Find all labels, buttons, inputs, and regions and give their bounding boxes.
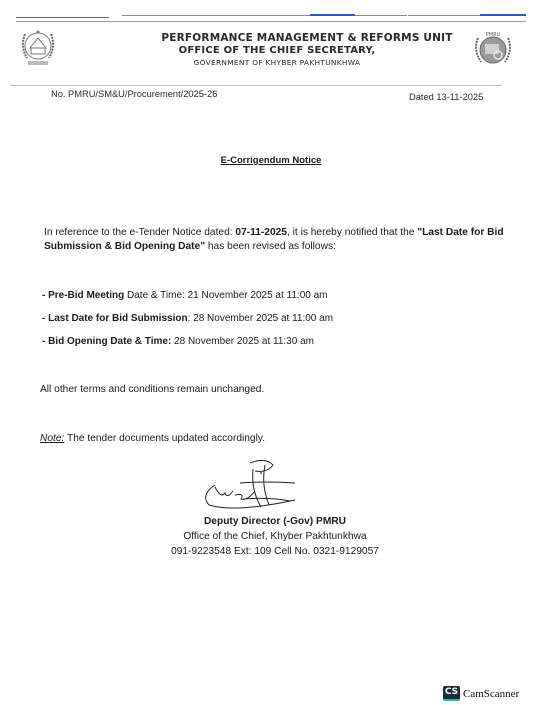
item-value: 28 November 2025 at 11:30 am xyxy=(174,336,314,347)
intro-mid: , it is hereby notified that the xyxy=(287,227,417,238)
intro-date: 07-11-2025 xyxy=(235,227,287,238)
camscanner-logo-icon: CS xyxy=(443,686,460,701)
intro-suffix: has been revised as follows: xyxy=(205,241,336,252)
letterhead-government: GOVERNMENT OF KHYBER PAKHTUNKHWA xyxy=(6,58,542,67)
schedule-item-pre-bid: - Pre-Bid Meeting Date & Time: 21 Novemb… xyxy=(42,290,328,301)
intro-paragraph: In reference to the e-Tender Notice date… xyxy=(44,226,514,254)
unchanged-statement: All other terms and conditions remain un… xyxy=(40,384,264,395)
item-value: 28 November 2025 at 11:00 am xyxy=(193,313,333,324)
signature-icon xyxy=(195,455,305,515)
item-label: - Pre-Bid Meeting xyxy=(42,290,124,301)
signatory-office: Office of the Chief, Khyber Pakhtunkhwa xyxy=(150,531,400,542)
notice-title: E-Corrigendum Notice xyxy=(0,155,542,166)
header-rule-mid xyxy=(122,15,407,16)
item-sublabel: Date & Time: xyxy=(124,290,187,301)
note-text: The tender documents updated accordingly… xyxy=(64,433,265,444)
camscanner-watermark: CS CamScanner xyxy=(443,686,519,701)
schedule-item-opening: - Bid Opening Date & Time: 28 November 2… xyxy=(42,336,314,347)
item-value: 21 November 2025 at 11:00 am xyxy=(188,290,328,301)
camscanner-text: CamScanner xyxy=(463,688,519,700)
header-accent-blue xyxy=(310,14,355,16)
header-rule-left xyxy=(16,17,109,18)
reference-date: Dated 13-11-2025 xyxy=(409,92,483,102)
item-label: - Last Date for Bid Submission xyxy=(42,313,188,324)
signatory-designation: Deputy Director (-Gov) PMRU xyxy=(150,516,400,527)
schedule-item-submission: - Last Date for Bid Submission: 28 Novem… xyxy=(42,313,333,324)
intro-prefix: In reference to the e-Tender Notice date… xyxy=(44,227,235,238)
reference-rule xyxy=(10,85,502,86)
letterhead-unit: PERFORMANCE MANAGEMENT & REFORMS UNIT xyxy=(36,32,542,44)
header-rule-under xyxy=(16,21,526,22)
note-label: Note: xyxy=(40,433,64,444)
item-label: - Bid Opening Date & Time: xyxy=(42,336,171,347)
signatory-contact: 091-9223548 Ext: 109 Cell No. 0321-91290… xyxy=(150,546,400,557)
header-accent-blue-right xyxy=(480,14,526,16)
reference-number: No. PMRU/SM&U/Procurement/2025-26 xyxy=(51,89,217,99)
letterhead-office: OFFICE OF THE CHIEF SECRETARY, xyxy=(6,45,542,56)
note-line: Note: The tender documents updated accor… xyxy=(40,433,265,444)
